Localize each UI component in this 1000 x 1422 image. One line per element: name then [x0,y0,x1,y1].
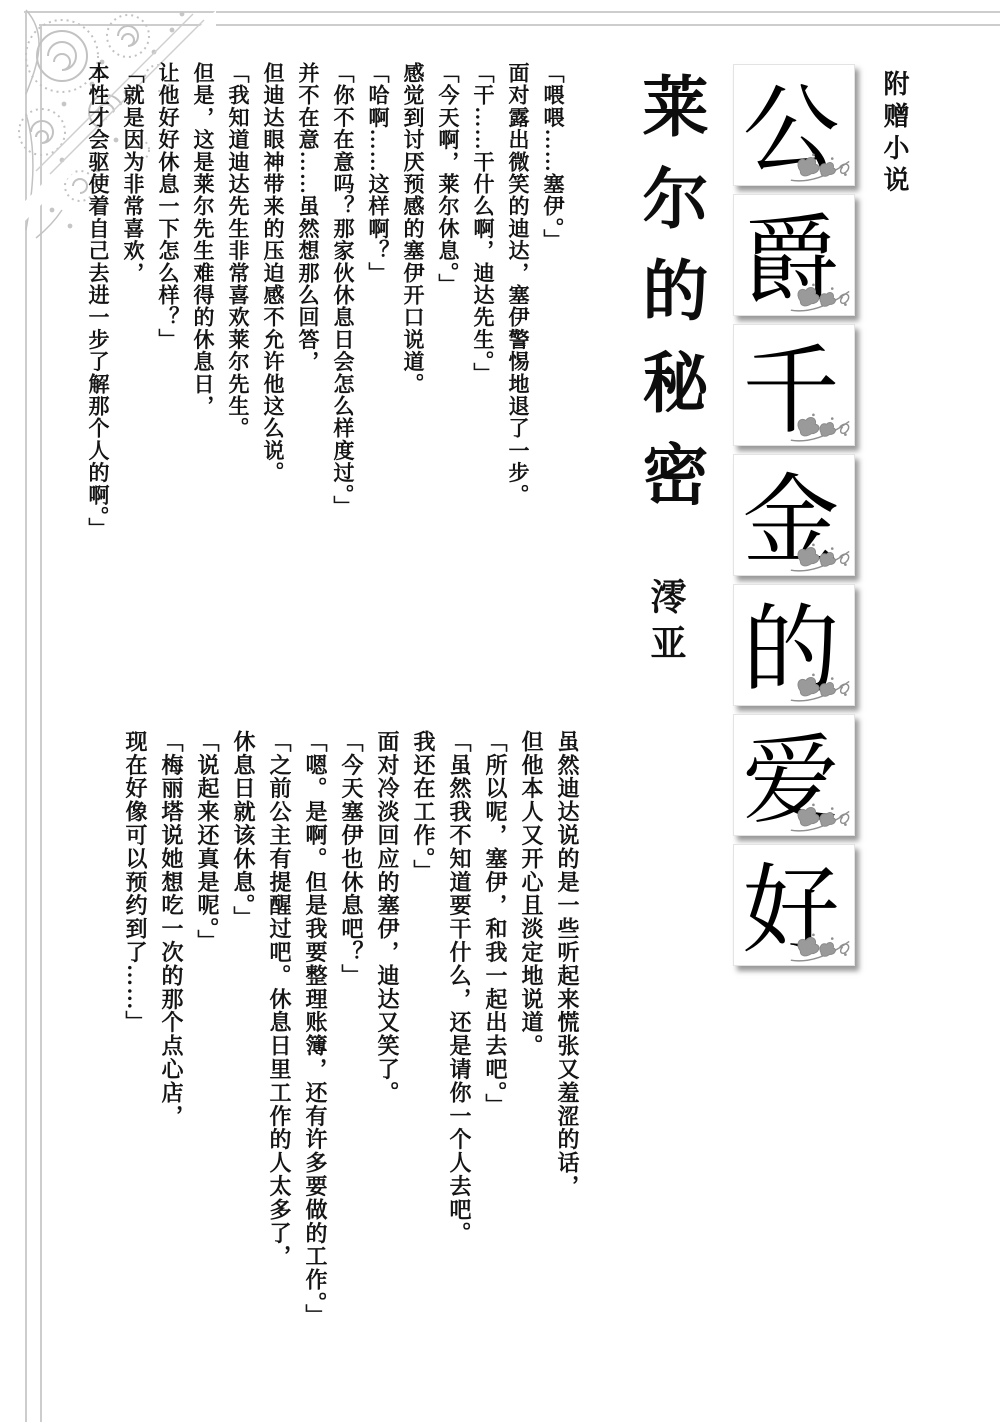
story-column: 虽然迪达说的是一些听起来慌张又羞涩的话， [549,730,585,1365]
leaf-vine-icon [787,282,853,314]
leaf-vine-icon [787,932,853,964]
story-column: 休息日就该休息。」 [225,730,261,1365]
leaf-vine-icon [787,152,853,184]
story-column: 让他好好休息一下怎么样？」 [150,62,185,607]
story-column: 「我知道迪达先生非常喜欢莱尔先生。 [220,62,255,607]
story-column: 面对露出微笑的迪达，塞伊警惕地退了一步。 [500,62,535,607]
title-tile: 爱 [733,714,855,836]
story-column: 「就是因为非常喜欢， [115,62,150,607]
story-column: 现在好像可以预约到了……」 [117,730,153,1365]
story-column: 但迪达眼神带来的压迫感不允许他这么说。 [255,62,290,607]
bonus-novel-label: 附赠小说 [876,70,913,198]
story-column: 「你不在意吗？那家伙休息日会怎么样度过。」 [325,62,360,607]
story-column: 「说起来还真是呢。」 [189,730,225,1365]
story-column: 并不在意……虽然想那么回答， [290,62,325,607]
title-tile: 的 [733,584,855,706]
story-column: 「嗯。是啊。但是我要整理账簿，还有许多要做的工作。」 [297,730,333,1365]
story-column: 「之前公主有提醒过吧。休息日里工作的人太多了， [261,730,297,1365]
story-column: 「所以呢，塞伊，和我一起出去吧。」 [477,730,513,1365]
leaf-vine-icon [787,542,853,574]
author-name: 澪亚 [641,578,692,670]
story-column: 我还在工作。」 [405,730,441,1365]
title-tile: 好 [733,844,855,966]
title-tile: 公 [733,64,855,186]
story-column: 本性才会驱使着自己去进一步了解那个人的啊。」 [80,62,115,607]
story-column: 「今天塞伊也休息吧？」 [333,730,369,1365]
story-part-1: 「喂喂……塞伊。」 面对露出微笑的迪达，塞伊警惕地退了一步。 「干……干什么啊，… [80,62,570,607]
leaf-vine-icon [787,672,853,704]
story-column: 感觉到讨厌预感的塞伊开口说道。 [395,62,430,607]
title-tile: 千 [733,324,855,446]
story-column: 「今天啊，莱尔休息。」 [430,62,465,607]
story-column: 「哈啊……这样啊？」 [360,62,395,607]
story-column: 「干……干什么啊，迪达先生。」 [465,62,500,607]
story-column: 面对冷淡回应的塞伊，迪达又笑了。 [369,730,405,1365]
story-column: 「梅丽塔说她想吃一次的那个点心店， [153,730,189,1365]
story-column: 但他本人又开心且淡定地说道。 [513,730,549,1365]
story-column: 「虽然我不知道要干什么，还是请你一个人去吧。 [441,730,477,1365]
subtitle: 莱尔的秘密 [621,72,716,532]
story-column: 但是，这是莱尔先生难得的休息日， [185,62,220,607]
title-tile: 爵 [733,194,855,316]
story-column: 「喂喂……塞伊。」 [535,62,570,607]
leaf-vine-icon [787,802,853,834]
leaf-vine-icon [787,412,853,444]
story-part-2: 虽然迪达说的是一些听起来慌张又羞涩的话， 但他本人又开心且淡定地说道。 「所以呢… [117,730,585,1365]
main-title: 公 爵 千 金 的 爱 好 [733,64,855,966]
title-tile: 金 [733,454,855,576]
